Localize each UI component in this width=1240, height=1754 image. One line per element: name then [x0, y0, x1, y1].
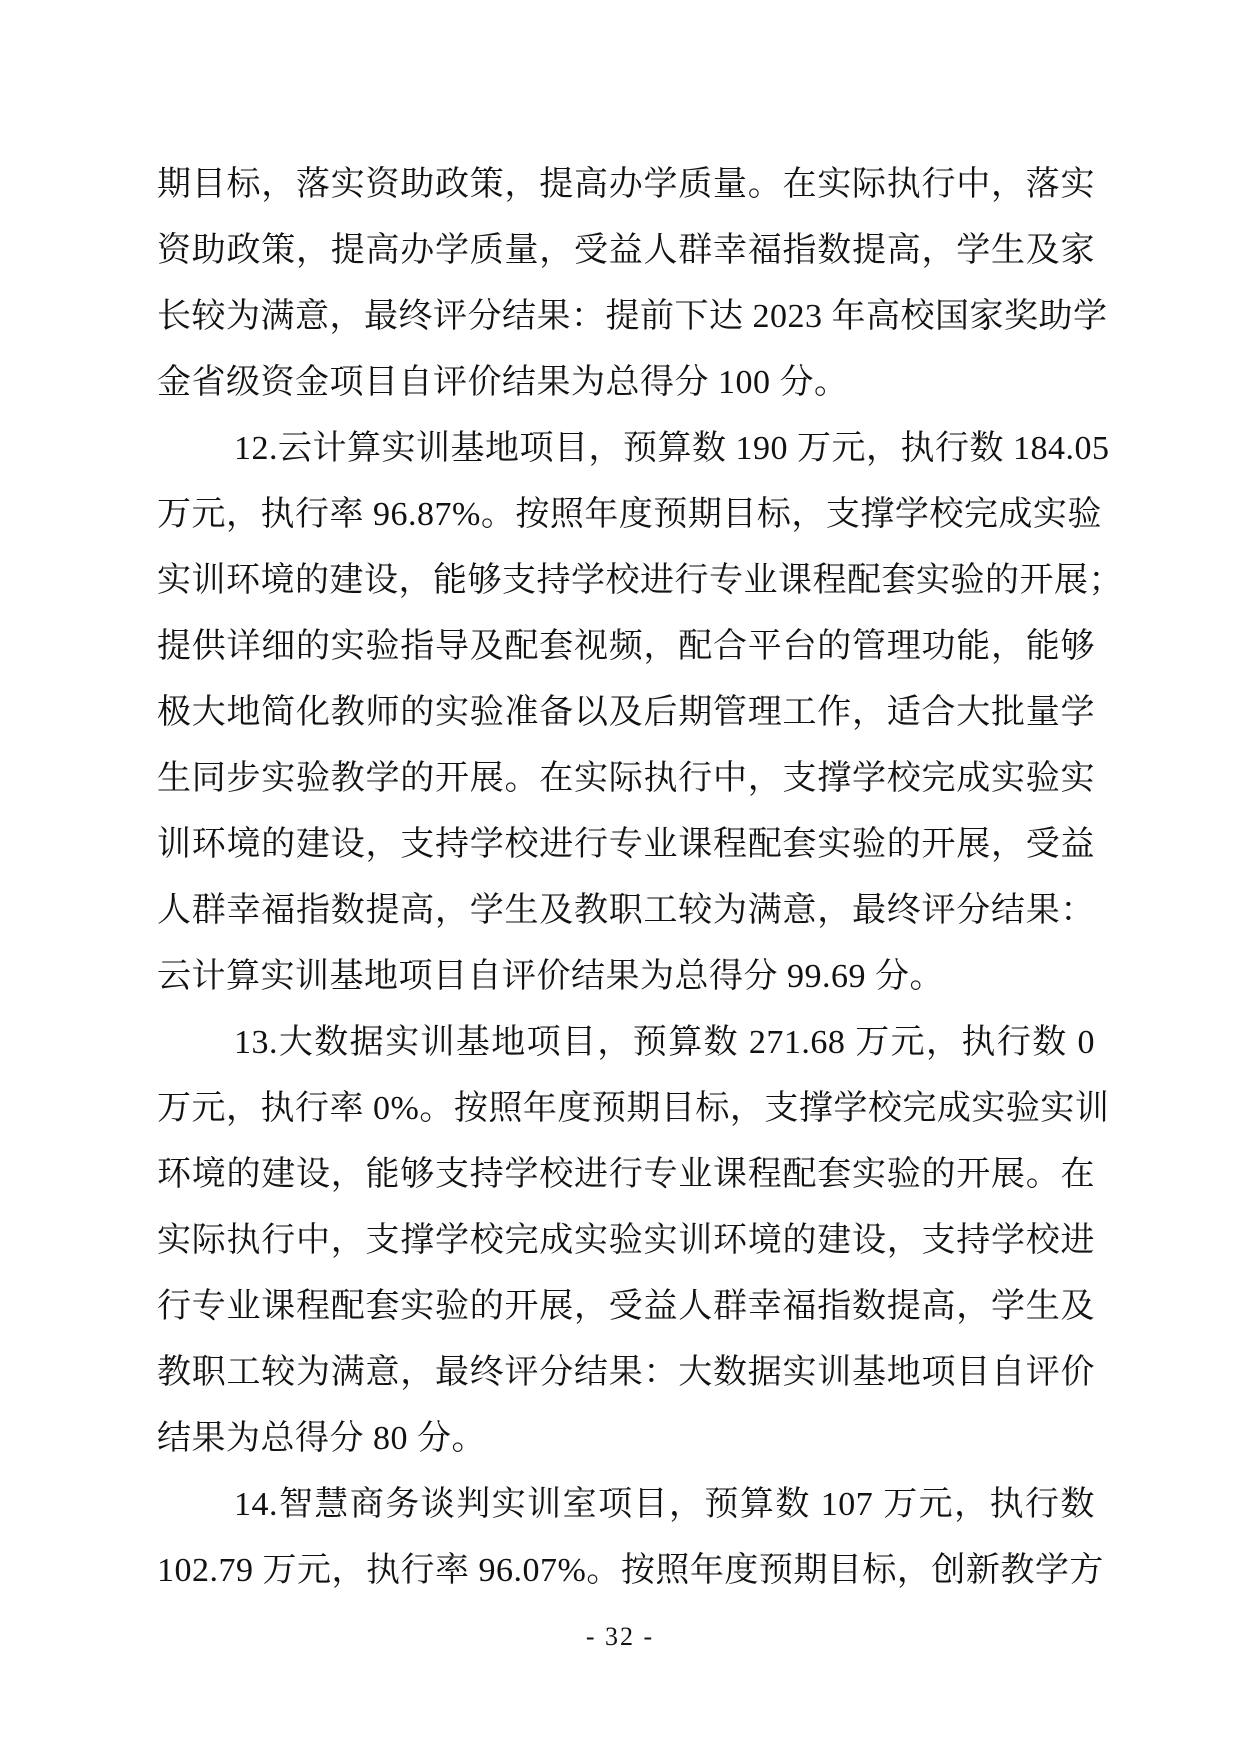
text-line: 102.79 万元，执行率 96.07%。按照年度预期目标，创新教学方 — [157, 1538, 1095, 1604]
document-text-block: 期目标，落实资助政策，提高办学质量。在实际执行中，落实 资助政策，提高办学质量，… — [157, 152, 1095, 1604]
text-line-list-item-14: 14.智慧商务谈判实训室项目，预算数 107 万元，执行数 — [157, 1472, 1095, 1538]
text-line: 教职工较为满意，最终评分结果：大数据实训基地项目自评价 — [157, 1340, 1095, 1406]
text-line: 人群幸福指数提高，学生及教职工较为满意，最终评分结果： — [157, 878, 1095, 944]
text-line-list-item-13: 13.大数据实训基地项目，预算数 271.68 万元，执行数 0 — [157, 1010, 1095, 1076]
text-line: 生同步实验教学的开展。在实际执行中，支撑学校完成实验实 — [157, 746, 1095, 812]
text-line: 云计算实训基地项目自评价结果为总得分 99.69 分。 — [157, 944, 1095, 1010]
text-line: 期目标，落实资助政策，提高办学质量。在实际执行中，落实 — [157, 152, 1095, 218]
text-line: 环境的建设，能够支持学校进行专业课程配套实验的开展。在 — [157, 1142, 1095, 1208]
text-line: 行专业课程配套实验的开展，受益人群幸福指数提高，学生及 — [157, 1274, 1095, 1340]
text-line: 训环境的建设，支持学校进行专业课程配套实验的开展，受益 — [157, 812, 1095, 878]
document-page: 期目标，落实资助政策，提高办学质量。在实际执行中，落实 资助政策，提高办学质量，… — [0, 0, 1240, 1754]
page-number: - 32 - — [0, 1622, 1240, 1652]
text-line: 金省级资金项目自评价结果为总得分 100 分。 — [157, 350, 1095, 416]
text-line: 资助政策，提高办学质量，受益人群幸福指数提高，学生及家 — [157, 218, 1095, 284]
text-line: 实训环境的建设，能够支持学校进行专业课程配套实验的开展； — [157, 548, 1095, 614]
text-line: 长较为满意，最终评分结果：提前下达 2023 年高校国家奖助学 — [157, 284, 1095, 350]
text-line: 极大地简化教师的实验准备以及后期管理工作，适合大批量学 — [157, 680, 1095, 746]
text-line: 提供详细的实验指导及配套视频，配合平台的管理功能，能够 — [157, 614, 1095, 680]
text-line: 万元，执行率 96.87%。按照年度预期目标，支撑学校完成实验 — [157, 482, 1095, 548]
text-line: 万元，执行率 0%。按照年度预期目标，支撑学校完成实验实训 — [157, 1076, 1095, 1142]
text-line-list-item-12: 12.云计算实训基地项目，预算数 190 万元，执行数 184.05 — [157, 416, 1095, 482]
text-line: 实际执行中，支撑学校完成实验实训环境的建设，支持学校进 — [157, 1208, 1095, 1274]
text-line: 结果为总得分 80 分。 — [157, 1406, 1095, 1472]
